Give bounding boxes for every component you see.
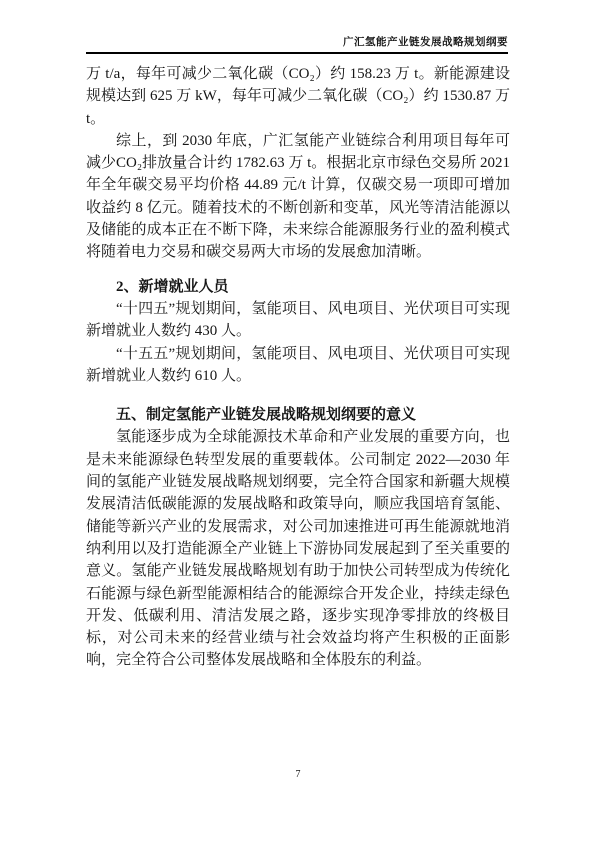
header-title: 广汇氢能产业链发展战略规划纲要 [343,37,508,48]
page-number: 7 [296,769,301,780]
page-footer: 7 [0,769,596,780]
page-header: 广汇氢能产业链发展战略规划纲要 [86,34,508,54]
paragraph-15th-five-year-jobs: “十五五”规划期间，氢能项目、风电项目、光伏项目可实现新增就业人数约 610 人… [86,343,510,388]
section-heading-plan-significance: 五、制定氢能产业链发展战略规划纲要的意义 [86,404,510,426]
section-heading-new-employment: 2、新增就业人员 [86,276,510,298]
paragraph-14th-five-year-jobs: “十四五”规划期间，氢能项目、风电项目、光伏项目可实现新增就业人数约 430 人… [86,298,510,343]
paragraph-summary-carbon-trading: 综上，到 2030 年底，广汇氢能产业链综合利用项目每年可减少CO₂排放量合计约… [86,130,510,264]
paragraph-plan-significance: 氢能逐步成为全球能源技术革命和产业发展的重要方向，也是未来能源绿色转型发展的重要… [86,426,510,671]
document-page: 广汇氢能产业链发展战略规划纲要 万 t/a，每年可减少二氧化碳（CO₂）约 15… [0,0,596,842]
paragraph-co2-reduction-continuation: 万 t/a，每年可减少二氧化碳（CO₂）约 158.23 万 t。新能源建设规模… [86,63,510,130]
document-body: 万 t/a，每年可减少二氧化碳（CO₂）约 158.23 万 t。新能源建设规模… [86,63,510,672]
